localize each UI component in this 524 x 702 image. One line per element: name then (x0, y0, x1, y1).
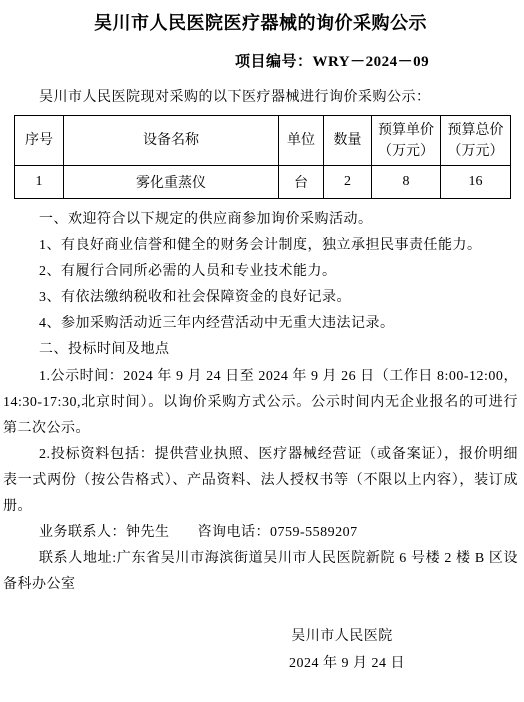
para-bid-materials: 2.投标资料包括：提供营业执照、医疗器械经营证（或备案证），报价明细表一式两份（… (3, 442, 518, 520)
signature-date: 2024 年 9 月 24 日 (289, 651, 395, 677)
col-header-unit-price-unit: （万元） (372, 141, 440, 162)
cell-quantity: 2 (324, 166, 372, 199)
para-section-2-heading: 二、投标时间及地点 (3, 337, 518, 363)
contact-line: 业务联系人：钟先生 咨询电话：0759-5589207 (3, 520, 518, 546)
business-contact-text: 业务联系人：钟先生 (39, 525, 170, 540)
col-header-quantity-label: 数量 (324, 130, 371, 151)
para-requirement-2: 2、有履行合同所必需的人员和专业技术能力。 (3, 259, 518, 285)
col-header-total-price: 预算总价 （万元） (441, 116, 511, 166)
intro-text: 吴川市人民医院现对采购的以下医疗器械进行询价采购公示： (3, 89, 518, 107)
para-welcome: 一、欢迎符合以下规定的供应商参加询价采购活动。 (3, 207, 518, 233)
col-header-total-price-unit: （万元） (441, 141, 510, 162)
table-row: 1 雾化重蒸仪 台 2 8 16 (15, 166, 511, 199)
contact-address: 联系人地址:广东省吴川市海滨街道吴川市人民医院新院 6 号楼 2 楼 B 区设备… (3, 546, 518, 598)
table-header-row: 序号 设备名称 单位 数量 预算单价 （万元） 预算总价 （万元） (15, 116, 511, 166)
cell-seq: 1 (15, 166, 64, 199)
procurement-notice-document: 吴川市人民医院医疗器械的询价采购公示 项目编号：WRY－2024－09 吴川市人… (0, 0, 524, 702)
para-requirement-4: 4、参加采购活动近三年内经营活动中无重大违法记录。 (3, 311, 518, 337)
cell-unit-price: 8 (372, 166, 441, 199)
para-requirement-1: 1、有良好商业信誉和健全的财务会计制度，独立承担民事责任能力。 (3, 233, 518, 259)
col-header-total-price-label: 预算总价 (441, 120, 510, 141)
cell-unit: 台 (279, 166, 324, 199)
col-header-unit-price: 预算单价 （万元） (372, 116, 441, 166)
cell-device-name: 雾化重蒸仪 (64, 166, 279, 199)
signature-org: 吴川市人民医院 (289, 624, 395, 650)
col-header-device-name-label: 设备名称 (64, 130, 278, 151)
col-header-device-name: 设备名称 (64, 116, 279, 166)
signature-block: 吴川市人民医院 2024 年 9 月 24 日 (289, 624, 395, 676)
col-header-seq-label: 序号 (15, 130, 63, 151)
para-publicity-time: 1.公示时间：2024 年 9 月 24 日至 2024 年 9 月 26 日（… (3, 364, 518, 442)
col-header-unit-label: 单位 (279, 130, 323, 151)
col-header-seq: 序号 (15, 116, 64, 166)
col-header-quantity: 数量 (324, 116, 372, 166)
body-paragraphs: 一、欢迎符合以下规定的供应商参加询价采购活动。 1、有良好商业信誉和健全的财务会… (3, 207, 518, 598)
col-header-unit: 单位 (279, 116, 324, 166)
cell-total-price: 16 (441, 166, 511, 199)
page-title: 吴川市人民医院医疗器械的询价采购公示 (3, 12, 518, 34)
col-header-unit-price-label: 预算单价 (372, 120, 440, 141)
equipment-table: 序号 设备名称 单位 数量 预算单价 （万元） 预算总价 （万元） (14, 115, 511, 199)
project-number: 项目编号：WRY－2024－09 (235, 53, 518, 72)
para-requirement-3: 3、有依法缴纳税收和社会保障资金的良好记录。 (3, 285, 518, 311)
contact-phone-text: 咨询电话：0759-5589207 (198, 525, 358, 540)
